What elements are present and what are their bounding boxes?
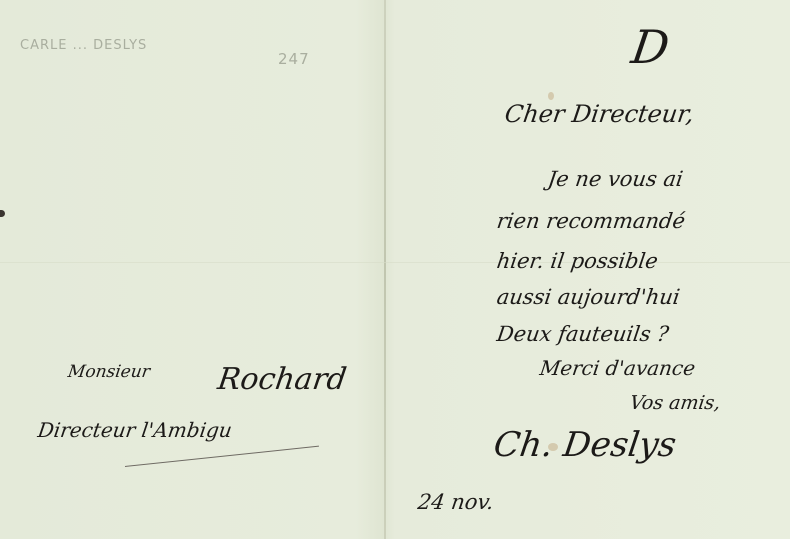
addressee-name: Rochard: [216, 362, 349, 397]
body-line-3: hier. il possible: [495, 249, 659, 273]
pencil-annotation: CARLE ... DESLYS: [20, 38, 147, 53]
addressee-title: Monsieur: [67, 362, 152, 382]
body-line-5: Deux fauteuils ?: [495, 322, 670, 346]
horizontal-fold: [0, 262, 790, 263]
monogram: D: [628, 20, 672, 74]
body-line-2: rien recommandé: [495, 209, 686, 233]
body-line-1: Je ne vous ai: [546, 167, 684, 191]
binding-hole: [0, 210, 5, 217]
ink-stain: [548, 92, 554, 100]
salutation: Cher Directeur,: [503, 100, 696, 128]
date: 24 nov.: [416, 490, 495, 514]
closing: Vos amis,: [628, 392, 722, 414]
ink-stain: [548, 443, 558, 451]
addressee-position: Directeur l'Ambigu: [36, 418, 233, 442]
center-fold: [384, 0, 386, 539]
body-line-6: Merci d'avance: [538, 356, 697, 380]
letter-sheet: CARLE ... DESLYS 247 Monsieur Rochard Di…: [0, 0, 790, 539]
body-line-4: aussi aujourd'hui: [495, 285, 681, 309]
underline-stroke: [125, 446, 319, 467]
signature: Ch. Deslys: [491, 425, 679, 465]
pencil-number: 247: [278, 50, 310, 68]
